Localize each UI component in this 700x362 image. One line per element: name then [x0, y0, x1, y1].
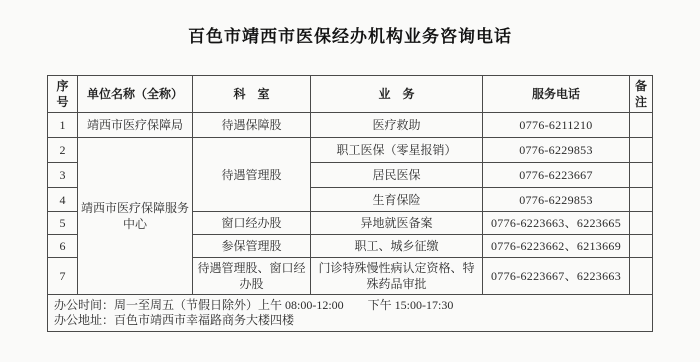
cell-department: 窗口经办股 — [193, 212, 311, 235]
cell-phone: 0776-6229853 — [483, 188, 630, 212]
office-hours: 办公时间：周一至周五（节假日除外）上午 08:00-12:00 下午 15:00… — [54, 298, 646, 313]
cell-phone: 0776-6229853 — [483, 138, 630, 163]
cell-remark — [630, 235, 653, 258]
cell-department: 待遇保障股 — [193, 113, 311, 138]
cell-phone: 0776-6211210 — [483, 113, 630, 138]
cell-business: 居民医保 — [311, 163, 483, 188]
header-unit: 单位名称（全称） — [78, 76, 193, 113]
cell-unit: 靖西市医疗保障局 — [78, 113, 193, 138]
document-page: 百色市靖西市医保经办机构业务咨询电话 序号 单位名称（全称） 科 室 业 务 服… — [0, 0, 700, 362]
cell-phone: 0776-6223667、6223663 — [483, 258, 630, 295]
cell-phone: 0776-6223663、6223665 — [483, 212, 630, 235]
cell-no: 5 — [48, 212, 78, 235]
cell-no: 1 — [48, 113, 78, 138]
header-remark: 备注 — [630, 76, 653, 113]
office-address: 办公地址：百色市靖西市幸福路商务大楼四楼 — [54, 313, 646, 328]
cell-business: 门诊特殊慢性病认定资格、特殊药品审批 — [311, 258, 483, 295]
cell-phone: 0776-6223662、6213669 — [483, 235, 630, 258]
cell-business: 医疗救助 — [311, 113, 483, 138]
cell-unit-merged: 靖西市医疗保障服务中心 — [78, 138, 193, 295]
cell-business: 生育保险 — [311, 188, 483, 212]
cell-no: 2 — [48, 138, 78, 163]
table-row-2: 2 靖西市医疗保障服务中心 待遇管理股 职工医保（零星报销） 0776-6229… — [48, 138, 653, 163]
header-department: 科 室 — [193, 76, 311, 113]
cell-business: 职工、城乡征缴 — [311, 235, 483, 258]
cell-no: 7 — [48, 258, 78, 295]
cell-remark — [630, 138, 653, 163]
table-header-row: 序号 单位名称（全称） 科 室 业 务 服务电话 备注 — [48, 76, 653, 113]
cell-department: 参保管理股 — [193, 235, 311, 258]
office-info-cell: 办公时间：周一至周五（节假日除外）上午 08:00-12:00 下午 15:00… — [48, 295, 653, 332]
contact-table: 序号 单位名称（全称） 科 室 业 务 服务电话 备注 1 靖西市医疗保障局 待… — [47, 75, 653, 332]
cell-business: 职工医保（零星报销） — [311, 138, 483, 163]
table-footer-row: 办公时间：周一至周五（节假日除外）上午 08:00-12:00 下午 15:00… — [48, 295, 653, 332]
cell-business: 异地就医备案 — [311, 212, 483, 235]
page-title: 百色市靖西市医保经办机构业务咨询电话 — [0, 0, 700, 47]
header-phone: 服务电话 — [483, 76, 630, 113]
cell-phone: 0776-6223667 — [483, 163, 630, 188]
cell-department: 待遇管理股、窗口经办股 — [193, 258, 311, 295]
cell-remark — [630, 212, 653, 235]
header-index: 序号 — [48, 76, 78, 113]
table-row-1: 1 靖西市医疗保障局 待遇保障股 医疗救助 0776-6211210 — [48, 113, 653, 138]
cell-remark — [630, 163, 653, 188]
cell-department-merged: 待遇管理股 — [193, 138, 311, 212]
cell-no: 3 — [48, 163, 78, 188]
cell-remark — [630, 258, 653, 295]
header-business: 业 务 — [311, 76, 483, 113]
cell-no: 4 — [48, 188, 78, 212]
cell-no: 6 — [48, 235, 78, 258]
cell-remark — [630, 113, 653, 138]
cell-remark — [630, 188, 653, 212]
